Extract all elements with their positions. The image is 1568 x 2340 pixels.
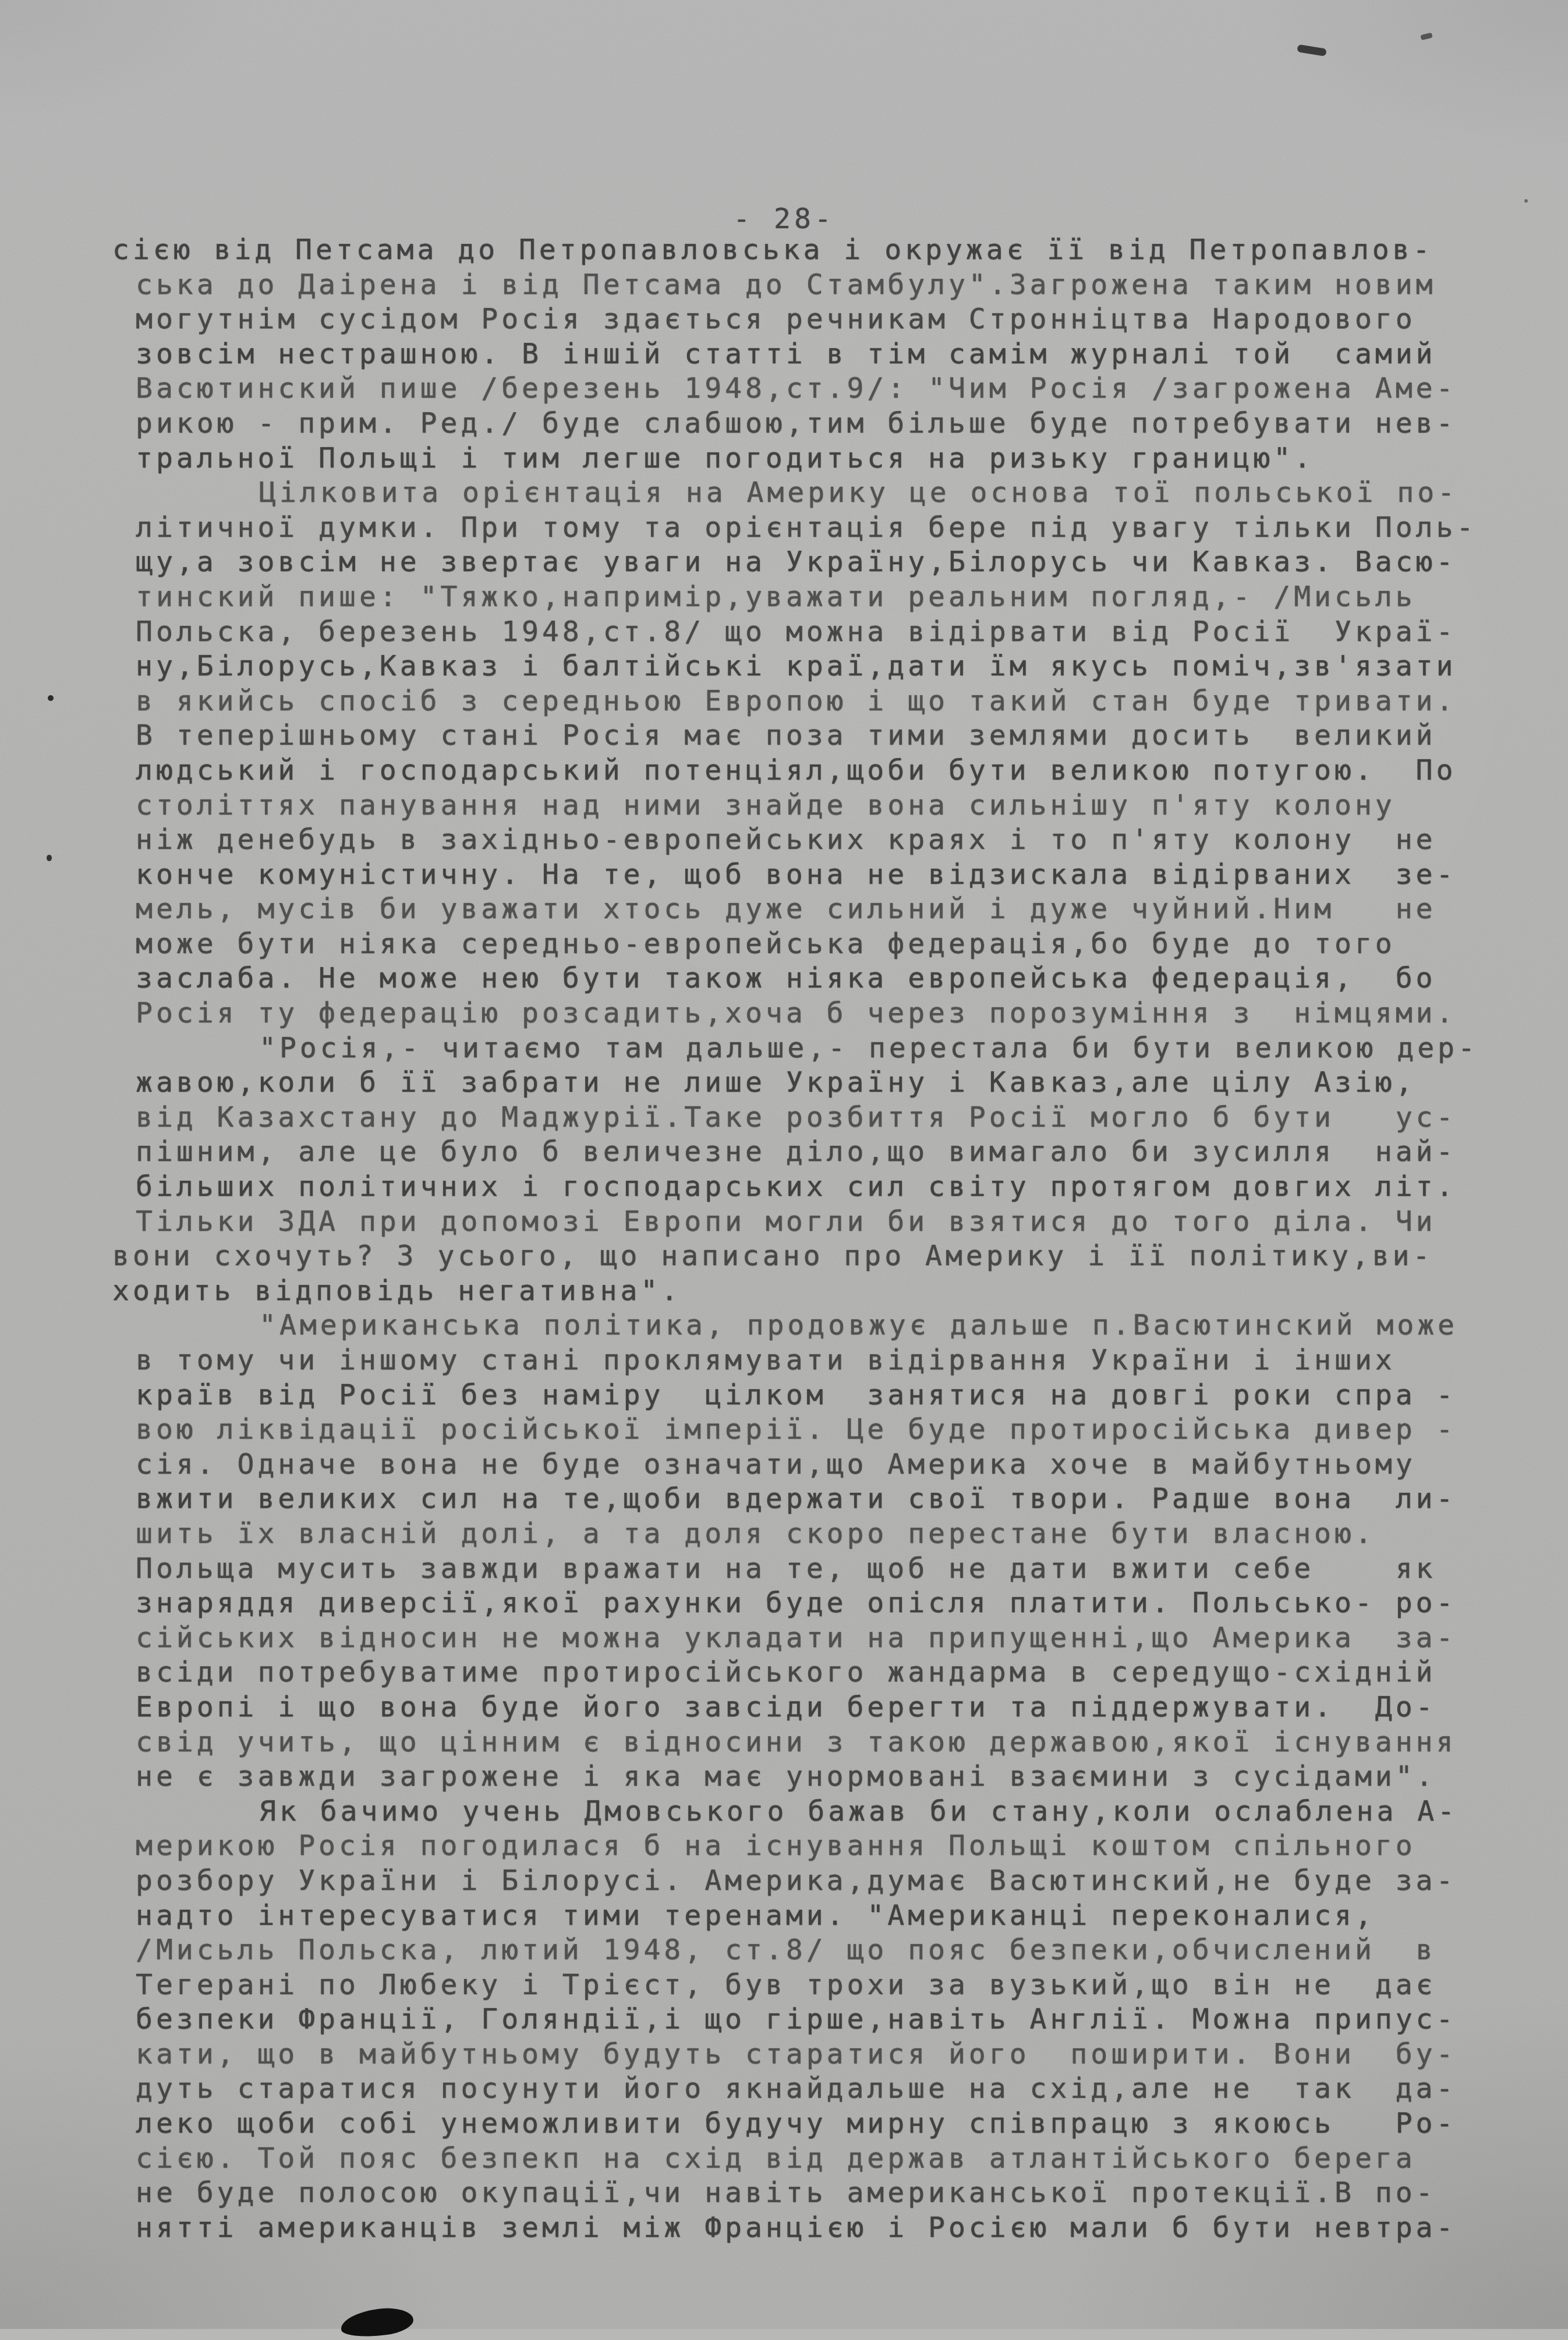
text-line: в якийсь спосіб з середньою Европою і що… [136,684,1510,719]
text-line: ська до Даірена і від Петсама до Стамбул… [136,268,1510,303]
text-line: століттях панування над ними знайде вона… [136,788,1510,823]
text-line: заслаба. Не може нею бути також ніяка ев… [136,961,1510,996]
text-line: сією. Той пояс безпекп на схід від держа… [136,2141,1510,2176]
text-line: Польща мусить завжди вражати на те, щоб … [136,1552,1510,1587]
text-line: Цілковита орієнтація на Америку це основ… [136,476,1510,511]
text-line: надто інтересуватися тими теренами. "Аме… [136,1899,1510,1934]
ink-dot [48,695,54,701]
text-line: "Американська політика, продовжує дальше… [136,1308,1510,1343]
text-line: більших політичних і господарських сил с… [136,1170,1510,1205]
text-line: вою ліквідації російської імперії. Це бу… [136,1413,1510,1447]
text-line: літичної думки. При тому та орієнтація б… [136,511,1510,546]
ink-dot [1524,199,1528,203]
text-line: рикою - прим. Ред./ буде слабшою,тим біл… [136,406,1510,441]
ink-mark [1420,33,1433,41]
text-line: дуть старатися посунути його якнайдальше… [136,2072,1510,2107]
text-line: Тегерані по Любеку і Трієст, був трохи з… [136,1968,1510,2003]
text-line: не є завжди загрожене і яка має унормова… [136,1760,1510,1794]
text-line: жавою,коли б її забрати не лише Україну … [136,1065,1510,1100]
text-line: щу,а зовсім не звертає уваги на Україну,… [136,545,1510,580]
ink-dot [47,855,52,861]
text-line: свід учить, що цінним є відносини з тако… [136,1725,1510,1760]
text-line: може бути ніяка середньо-европейська фед… [136,927,1510,962]
text-line: Тільки ЗДА при допомозі Европи могли би … [136,1205,1510,1240]
text-line: В теперішньому стані Росія має поза тими… [136,718,1510,753]
text-line: сія. Одначе вона не буде означати,що Аме… [136,1447,1510,1482]
text-line: від Казахстану до Маджурії.Таке розбиття… [136,1100,1510,1135]
text-line: ну,Білорусь,Кавказ і балтійські краї,дат… [136,649,1510,684]
text-line: Польска, березень 1948,ст.8/ що можна ві… [136,615,1510,650]
text-line: ніж денебудь в західньо-европейських кра… [136,823,1510,858]
text-line: в тому чи іншому стані проклямувати віді… [136,1343,1510,1378]
text-line: ходить відповідь негативна". [112,1274,1510,1309]
text-line: безпеки Франції, Голяндії,і що гірше,нав… [136,2002,1510,2037]
text-line: мерикою Росія погодилася б на існування … [136,1829,1510,1864]
text-line: людський і господарський потенціял,щоби … [136,753,1510,788]
text-line: кати, що в майбутньому будуть старатися … [136,2037,1510,2072]
text-line: зовсім нестрашною. В іншій статті в тім … [136,337,1510,372]
text-line: "Росія,- читаємо там дальше,- перестала … [136,1031,1510,1066]
text-line: вжити великих сил на те,щоби вдержати св… [136,1482,1510,1517]
text-line: не буде полосою окупації,чи навіть амери… [136,2176,1510,2211]
text-line: розбору України і Білорусі. Америка,дума… [136,1864,1510,1899]
document-page: - 28- сією від Петсама до Петропавловськ… [0,0,1568,2329]
text-line: сійських відносин не можна укладати на п… [136,1621,1510,1656]
text-line: сією від Петсама до Петропавловська і ок… [112,233,1510,268]
text-line: могутнім сусідом Росія здається речникам… [136,302,1510,337]
text-line: всіди потребуватиме протиросійського жан… [136,1655,1510,1690]
page-number: - 28- [0,203,1568,235]
text-line: Росія ту федерацію розсадить,хоча б чере… [136,996,1510,1031]
text-line: знаряддя диверсії,якої рахунки буде опіс… [136,1586,1510,1621]
text-line: шить їх власній долі, а та доля скоро пе… [136,1517,1510,1552]
text-line: леко щоби собі унеможливити будучу мирну… [136,2107,1510,2141]
ink-mark [1297,44,1326,56]
text-line: нятті американців землі між Францією і Р… [136,2211,1510,2246]
text-line: Европі і що вона буде його завсіди берег… [136,1690,1510,1725]
text-line: мель, мусів би уважати хтось дуже сильни… [136,892,1510,927]
text-line: країв від Росії без наміру цілком заняти… [136,1378,1510,1413]
ink-smudge [339,2305,415,2329]
document-text: сією від Петсама до Петропавловська і ок… [136,233,1510,2245]
text-line: тинский пише: "Тяжко,напримір,уважати ре… [136,580,1510,615]
text-line: Васютинский пише /березень 1948,ст.9/: "… [136,371,1510,406]
text-line: конче комуністичну. На те, щоб вона не в… [136,858,1510,893]
text-line: пішним, але це було б величезне діло,що … [136,1135,1510,1170]
text-line: тральної Польщі і тим легше погодиться н… [136,441,1510,476]
text-line: Як бачимо учень Дмовського бажав би стан… [136,1794,1510,1829]
text-line: /Мисьль Польска, лютий 1948, ст.8/ що по… [136,1933,1510,1968]
text-line: вони схочуть? З усього, що написано про … [112,1239,1510,1274]
